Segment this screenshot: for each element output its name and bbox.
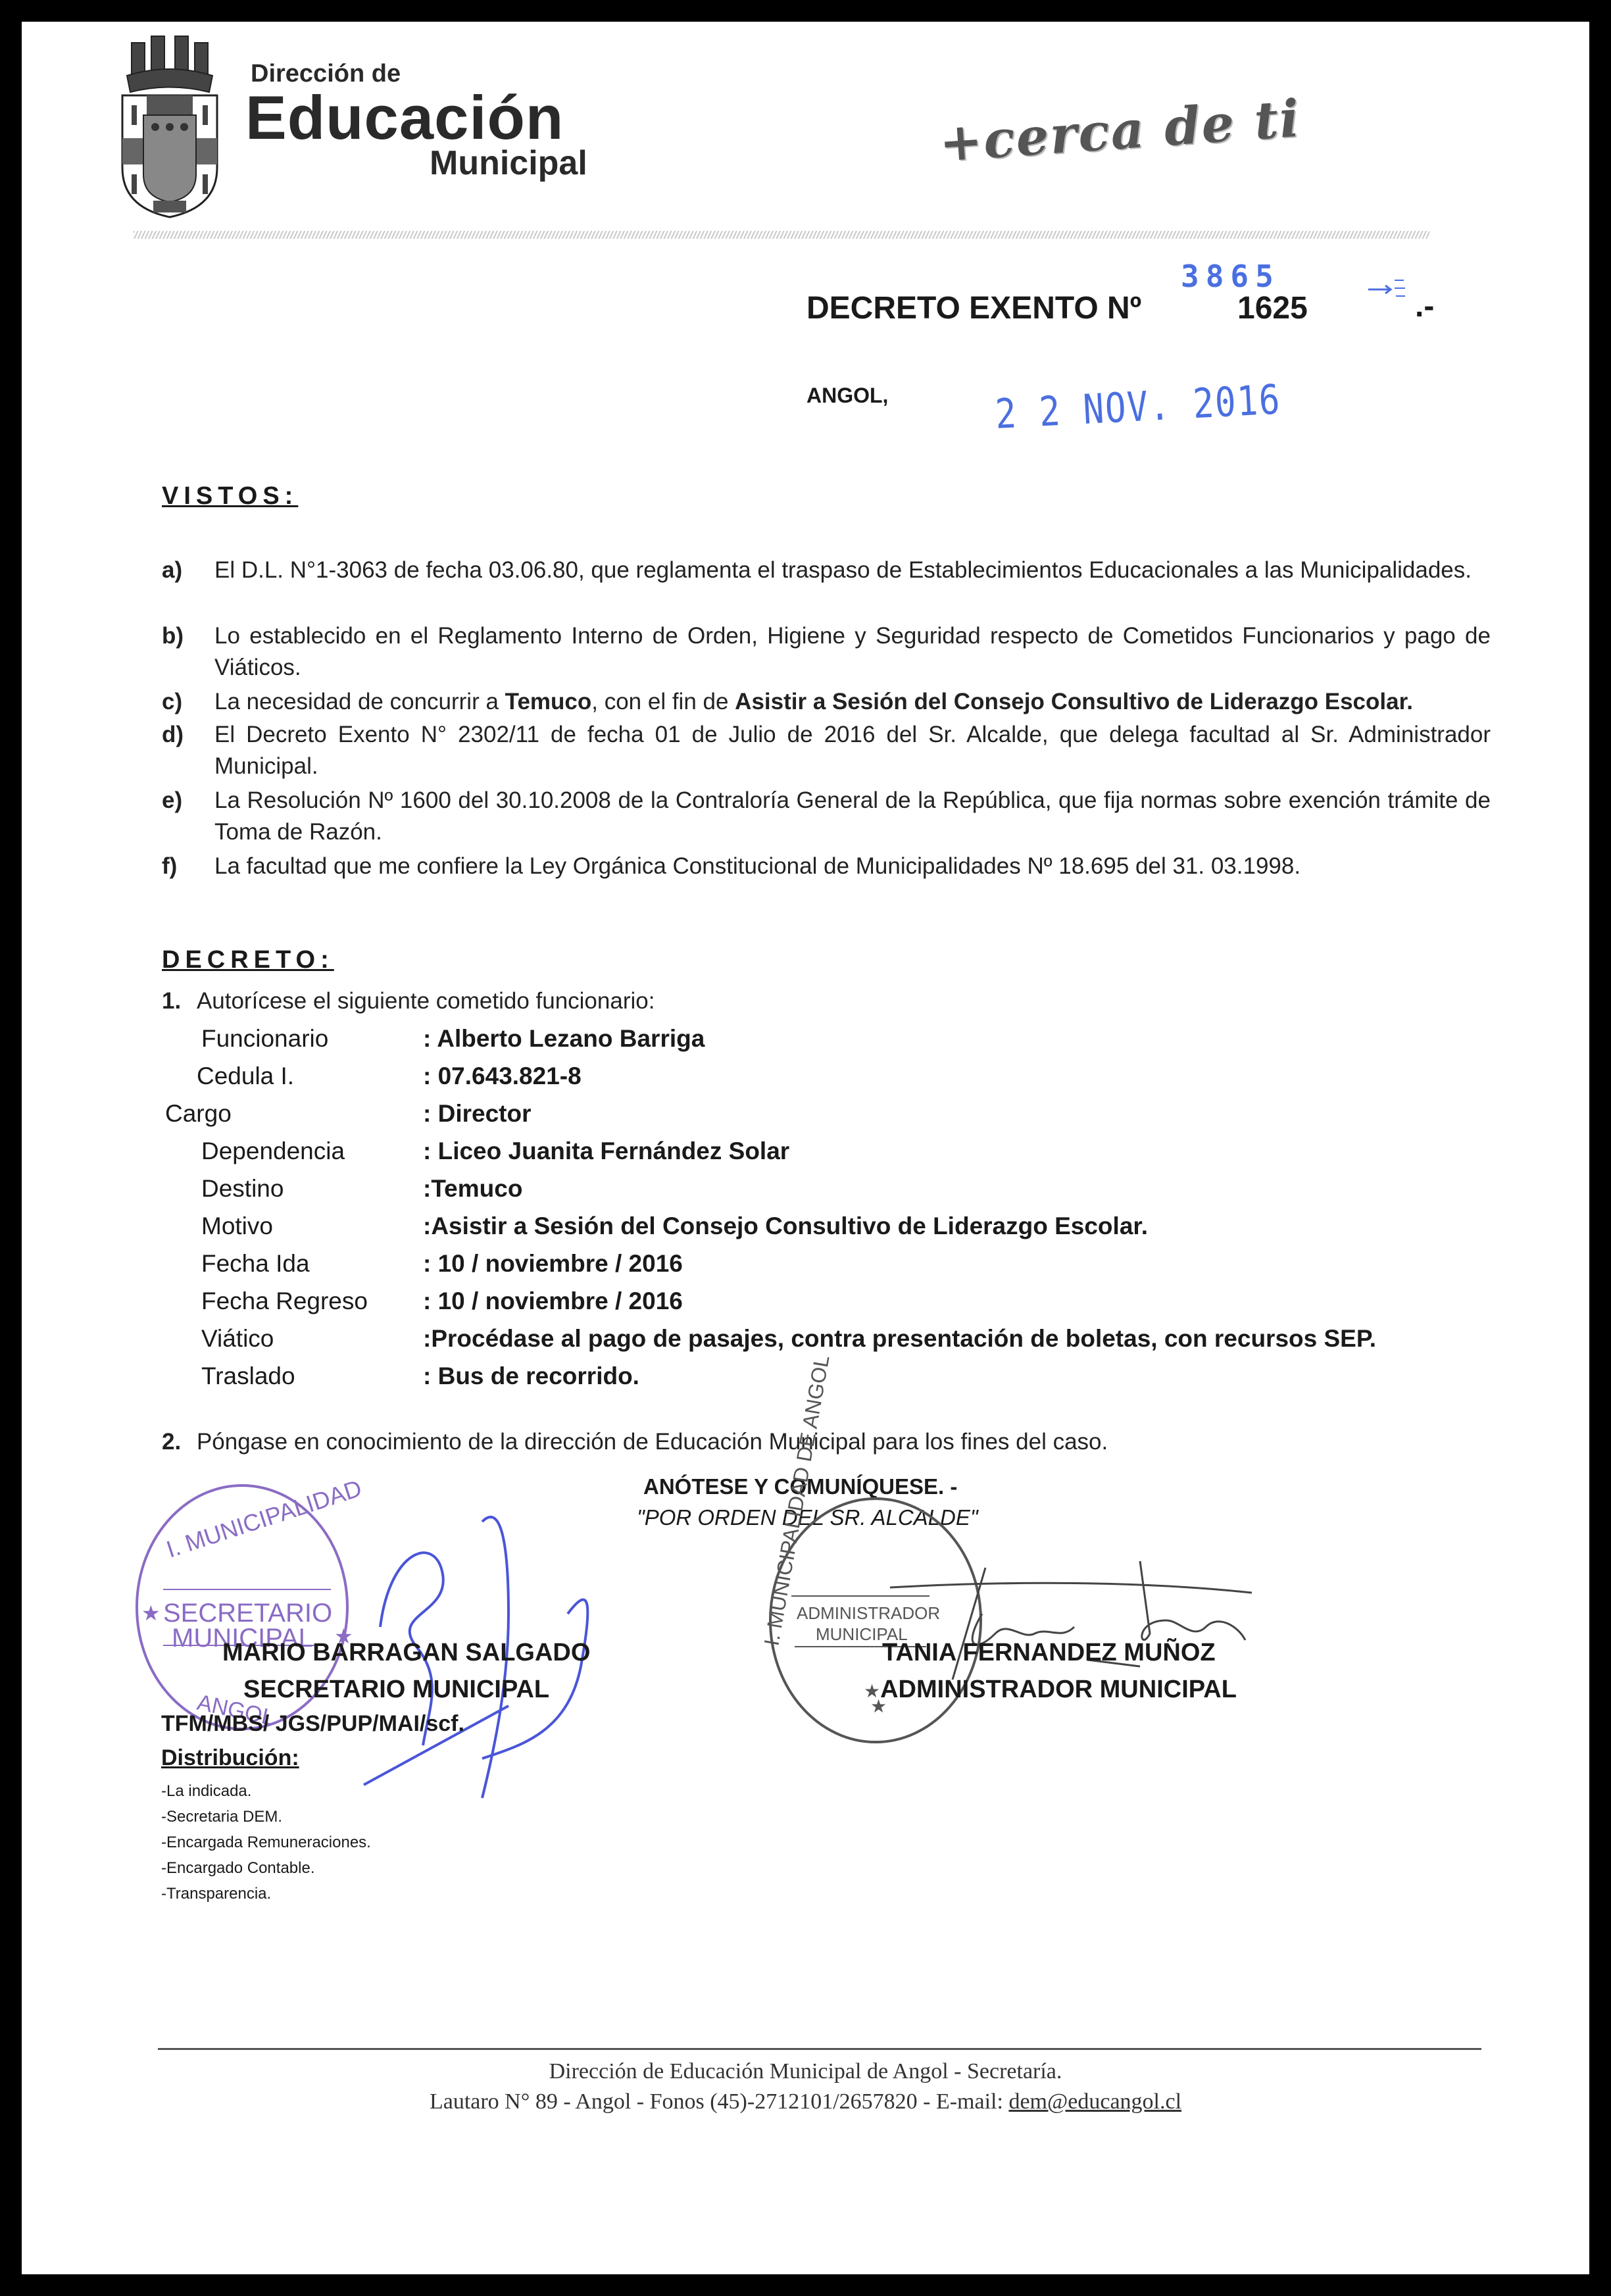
footer-email-link[interactable]: dem@educangol.cl (1008, 2089, 1181, 2114)
place: ANGOL, (806, 384, 888, 408)
item-text: La facultad que me confiere la Ley Orgán… (214, 851, 1491, 882)
field-label: Fecha Ida (201, 1250, 310, 1278)
slogan: +cerca de ti (937, 89, 1302, 174)
footer-line-2: Lautaro N° 89 - Angol - Fonos (45)-27121… (22, 2089, 1589, 2114)
item-text: Autorícese el siguiente cometido funcion… (197, 988, 655, 1014)
closing-anotese: ANÓTESE Y COMUNÍQUESE. - (643, 1474, 957, 1499)
svg-text:ADMINISTRADOR: ADMINISTRADOR (797, 1603, 940, 1623)
footer-address: Lautaro N° 89 - Angol - Fonos (45)-27121… (430, 2089, 1008, 2114)
administrator-name: TANIA FERNANDEZ MUÑOZ (882, 1639, 1216, 1667)
field-label: Funcionario (201, 1025, 328, 1053)
stamp-number: 3865 (1181, 259, 1280, 294)
field-label: Dependencia (201, 1137, 345, 1165)
decree-number: 1625 (1237, 290, 1308, 326)
field-value: : 10 / noviembre / 2016 (423, 1250, 683, 1278)
item-label: 2. (162, 1429, 181, 1455)
footer-divider (158, 2048, 1481, 2050)
vistos-item: f) La facultad que me confiere la Ley Or… (162, 851, 1491, 882)
field-label: Destino (201, 1175, 284, 1203)
field-value: :Temuco (423, 1175, 522, 1203)
vistos-item: a) El D.L. N°1-3063 de fecha 03.06.80, q… (162, 555, 1491, 586)
svg-text:SECRETARIO: SECRETARIO (163, 1599, 332, 1628)
reference-initials: TFM/MBS/ JGS/PUP/MAI/scf. (161, 1711, 464, 1737)
date-stamp: 2 2 NOV. 2016 (994, 375, 1282, 438)
stamp-arrow-icon (1367, 275, 1406, 301)
field-value: :Procédase al pago de pasajes, contra pr… (423, 1325, 1376, 1353)
field-value: :Asistir a Sesión del Consejo Consultivo… (423, 1212, 1148, 1240)
item-text: La Resolución Nº 1600 del 30.10.2008 de … (214, 785, 1491, 848)
distribution-item: -Encargado Contable. (161, 1855, 371, 1881)
field-value: : Director (423, 1100, 531, 1128)
decree-suffix: .- (1415, 288, 1434, 324)
footer-line-1: Dirección de Educación Municipal de Ango… (22, 2059, 1589, 2084)
decreto-item-2: 2. Póngase en conocimiento de la direcci… (162, 1426, 1108, 1458)
item-text-part: , con el fin de (591, 689, 735, 714)
vistos-item: b) Lo establecido en el Reglamento Inter… (162, 620, 1491, 684)
item-text: El Decreto Exento N° 2302/11 de fecha 01… (214, 719, 1491, 782)
administrator-role: ★ADMINISTRADOR MUNICIPAL (864, 1676, 1237, 1704)
vistos-item: e) La Resolución Nº 1600 del 30.10.2008 … (162, 785, 1491, 848)
administrator-role-text: ADMINISTRADOR MUNICIPAL (880, 1676, 1237, 1703)
decree-title: DECRETO EXENTO Nº (806, 290, 1141, 326)
distribution-item: -La indicada. (161, 1778, 371, 1804)
item-label: f) (162, 851, 214, 882)
item-text: Lo establecido en el Reglamento Interno … (214, 620, 1491, 684)
closing-por-orden: "POR ORDEN DEL SR. ALCALDE" (637, 1505, 978, 1530)
vistos-heading: VISTOS: (162, 482, 298, 511)
decreto-heading: DECRETO: (162, 946, 334, 974)
field-value: : 10 / noviembre / 2016 (423, 1287, 683, 1315)
distribution-item: -Transparencia. (161, 1881, 371, 1907)
item-label: a) (162, 555, 214, 586)
field-value: : Bus de recorrido. (423, 1362, 639, 1390)
item-text: La necesidad de concurrir a Temuco, con … (214, 686, 1491, 718)
distribution-list: -La indicada. -Secretaria DEM. -Encargad… (161, 1778, 371, 1907)
secretary-name: MARIO BARRAGAN SALGADO (222, 1639, 590, 1667)
item-text: El D.L. N°1-3063 de fecha 03.06.80, que … (214, 555, 1491, 586)
item-label: d) (162, 719, 214, 782)
administrator-seal-icon (770, 1499, 981, 1742)
decreto-item-1: 1. Autorícese el siguiente cometido func… (162, 986, 655, 1017)
item-label: e) (162, 785, 214, 848)
item-text-bold: Temuco (505, 689, 592, 714)
field-value: : Liceo Juanita Fernández Solar (423, 1137, 789, 1165)
distribution-item: -Secretaria DEM. (161, 1804, 371, 1830)
field-label: Viático (201, 1325, 274, 1353)
secretary-role: SECRETARIO MUNICIPAL (243, 1676, 549, 1704)
field-label: Cedula I. (197, 1062, 294, 1090)
municipal-crest-icon (117, 30, 222, 220)
field-label: Fecha Regreso (201, 1287, 368, 1315)
vistos-item: d) El Decreto Exento N° 2302/11 de fecha… (162, 719, 1491, 782)
header-divider (134, 231, 1429, 239)
field-label: Traslado (201, 1362, 295, 1390)
item-label: b) (162, 620, 214, 684)
svg-text:★: ★ (141, 1601, 161, 1625)
brand-line-3: Municipal (430, 143, 587, 183)
field-value: : Alberto Lezano Barriga (423, 1025, 705, 1053)
field-label: Cargo (165, 1100, 232, 1128)
field-value: : 07.643.821-8 (423, 1062, 582, 1090)
svg-text:I. MUNICIPALIDAD: I. MUNICIPALIDAD (163, 1474, 365, 1563)
distribution-item: -Encargada Remuneraciones. (161, 1830, 371, 1855)
item-text: Póngase en conocimiento de la dirección … (197, 1429, 1108, 1455)
item-label: 1. (162, 988, 181, 1014)
distribution-heading: Distribución: (161, 1745, 299, 1771)
brand-line-2: Educación (245, 82, 564, 153)
star-icon: ★ (864, 1681, 880, 1701)
vistos-item: c) La necesidad de concurrir a Temuco, c… (162, 686, 1491, 718)
item-text-part: La necesidad de concurrir a (214, 689, 505, 714)
field-label: Motivo (201, 1212, 273, 1240)
svg-text:I. MUNICIPALIDAD DE ANGOL: I. MUNICIPALIDAD DE ANGOL (759, 1353, 833, 1647)
item-text-bold: Asistir a Sesión del Consejo Consultivo … (735, 689, 1413, 714)
document-page: Dirección de Educación Municipal +cerca … (22, 22, 1589, 2274)
item-label: c) (162, 686, 214, 718)
